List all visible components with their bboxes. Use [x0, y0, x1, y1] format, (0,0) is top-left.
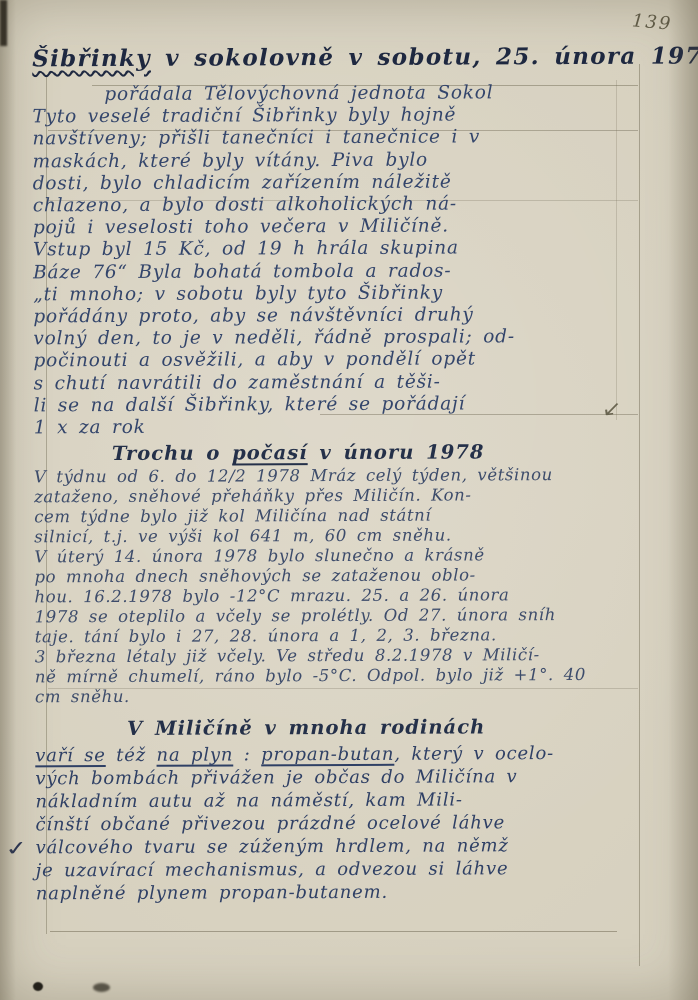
manuscript-line: vaří se též na plyn : propan-butan, kter…	[35, 742, 651, 768]
line-text: cm sněhu.	[35, 687, 130, 706]
manuscript-line: maskách, které byly vítány. Piva bylo	[33, 148, 649, 173]
manuscript-line: pojů i veselosti toho večera v Miličíně.	[33, 215, 649, 240]
line-text: pořádány proto, aby se návštěvníci druhý	[33, 304, 473, 327]
line-text: maskách, které byly vítány. Piva bylo	[33, 149, 428, 172]
line-text: volný den, to je v neděli, řádně prospal…	[33, 326, 515, 349]
line-text: li se na další Šibřinky, které se pořáda…	[34, 393, 466, 416]
manuscript-line: „ti mnoho; v sobotu byly tyto Šibřinky	[33, 281, 649, 306]
line-text: vých bombách přivážen je občas do Miličí…	[35, 766, 517, 789]
manuscript-line: silnicí, t.j. ve výši kol 641 m, 60 cm s…	[34, 525, 650, 548]
heading-text: V Miličíně v mnoha rodinách	[127, 716, 485, 741]
manuscript-line: 1978 se oteplilo a včely se prolétly. Od…	[35, 605, 651, 628]
paper-edge-right	[668, 0, 698, 1000]
manuscript-line: nákladním autu až na náměstí, kam Mili-	[35, 788, 651, 814]
entry-heading: Šibřinky v sokolovně v sobotu, 25. února…	[32, 41, 648, 76]
line-text: V týdnu od 6. do 12/2 1978 Mráz celý týd…	[34, 465, 553, 486]
line-text: nákladním autu až na náměstí, kam Mili-	[35, 790, 462, 813]
manuscript-line: V týdnu od 6. do 12/2 1978 Mráz celý týd…	[34, 465, 650, 488]
line-text: silnicí, t.j. ve výši kol 641 m, 60 cm s…	[34, 526, 452, 547]
manuscript-line: Tyto veselé tradiční Šibřinky byly hojně	[32, 104, 648, 129]
manuscript-line: s chutí navrátili do zaměstnání a těši-	[34, 370, 650, 395]
manuscript-line: dosti, bylo chladicím zařízením náležitě	[33, 170, 649, 195]
manuscript-line: pořádány proto, aby se návštěvníci druhý	[33, 304, 649, 329]
paper-mark-bottom	[93, 983, 110, 992]
manuscript-line: čínští občané přivezou prázdné ocelové l…	[35, 811, 651, 837]
manuscript-line: je uzavírací mechanismus, a odvezou si l…	[36, 857, 652, 883]
line-text: 3 března létaly již včely. Ve středu 8.2…	[35, 645, 540, 666]
margin-arrow-mark: ↙	[600, 397, 624, 422]
line-text: cem týdne bylo již kol Miličína nad stát…	[34, 506, 431, 527]
manuscript-line: cm sněhu.	[35, 685, 651, 708]
manuscript-line: vých bombách přivážen je občas do Miličí…	[35, 765, 651, 791]
line-text: Tyto veselé tradiční Šibřinky byly hojně	[32, 105, 456, 128]
line-text: naplněné plynem propan-butanem.	[36, 882, 388, 905]
entry-heading: Trochu o počasí v únoru 1978	[112, 439, 650, 467]
line-text: „ti mnoho; v sobotu byly tyto Šibřinky	[33, 282, 443, 305]
heading-underlined-word: počasí	[232, 441, 308, 464]
manuscript-line: li se na další Šibřinky, které se pořáda…	[34, 393, 650, 418]
line-text: zataženo, sněhové přeháňky přes Miličín.…	[34, 486, 472, 507]
entry-section-2: V Miličíně v mnoha rodináchvaří se též n…	[35, 714, 652, 906]
line-text: V úterý 14. února 1978 bylo slunečno a k…	[34, 546, 484, 567]
entry-section-1: Trochu o počasí v únoru 1978V týdnu od 6…	[34, 439, 651, 708]
heading-underlined-word: Šibřinky	[32, 45, 151, 73]
line-text: :	[233, 745, 261, 766]
manuscript-line: volný den, to je v neděli, řádně prospal…	[33, 326, 649, 351]
line-text: dosti, bylo chladicím zařízením náležitě	[33, 171, 452, 194]
line-text: navštíveny; přišli tanečníci i tanečnice…	[32, 127, 480, 150]
entry-heading: V Miličíně v mnoha rodinách	[127, 714, 651, 742]
manuscript-line: Báze 76“ Byla bohatá tombola a rados-	[33, 259, 649, 284]
manuscript-line: 1 x za rok	[34, 415, 650, 440]
underlined-phrase: vaří se	[35, 745, 106, 766]
manuscript-line: cem týdne bylo již kol Miličína nad stát…	[34, 505, 650, 528]
manuscript-line: navštíveny; přišli tanečníci i tanečnice…	[32, 126, 648, 151]
manuscript-line: počinouti a osvěžili, a aby v pondělí op…	[33, 348, 649, 373]
manuscript-line: po mnoha dnech sněhových se zataženou ob…	[34, 565, 650, 588]
page-number: 139	[631, 10, 673, 34]
line-text: chlazeno, a bylo dosti alkoholických ná-	[33, 194, 457, 217]
line-text: čínští občané přivezou prázdné ocelové l…	[35, 813, 505, 836]
line-text: pojů i veselosti toho večera v Miličíně.	[33, 216, 449, 239]
paper-smudge-top-left	[0, 0, 7, 46]
entry-section-0: Šibřinky v sokolovně v sobotu, 25. února…	[32, 41, 650, 440]
manuscript-line: ně mírně chumelí, ráno bylo -5°C. Odpol.…	[35, 665, 651, 688]
line-text: pořádala Tělovýchovná jednota Sokol	[104, 82, 493, 105]
line-text: též	[106, 745, 157, 766]
chronicle-page: 139 Šibřinky v sokolovně v sobotu, 25. ú…	[0, 0, 698, 1000]
manuscript-line: taje. tání bylo i 27, 28. února a 1, 2, …	[35, 625, 651, 648]
line-text: 1978 se oteplilo a včely se prolétly. Od…	[35, 605, 556, 626]
manuscript-line: chlazeno, a bylo dosti alkoholických ná-	[33, 193, 649, 218]
underlined-phrase: na plyn	[156, 745, 233, 766]
line-text: ně mírně chumelí, ráno bylo -5°C. Odpol.…	[35, 665, 586, 686]
line-text: 1 x za rok	[34, 417, 146, 438]
heading-text: v sokolovně v sobotu, 25. února 1978	[151, 42, 698, 71]
heading-text: v únoru 1978	[308, 441, 485, 465]
line-text: hou. 16.2.1978 bylo -12°C mrazu. 25. a 2…	[34, 586, 509, 607]
manuscript-line: Vstup byl 15 Kč, od 19 h hrála skupina	[33, 237, 649, 262]
line-text: taje. tání bylo i 27, 28. února a 1, 2, …	[35, 626, 497, 647]
manuscript-line: pořádala Tělovýchovná jednota Sokol	[104, 82, 648, 107]
manuscript-line: válcového tvaru se zúženým hrdlem, na ně…	[36, 834, 652, 860]
manuscript-line: 3 března létaly již včely. Ve středu 8.2…	[35, 645, 651, 668]
bottom-frame-rule	[50, 931, 617, 932]
manuscript-line: zataženo, sněhové přeháňky přes Miličín.…	[34, 485, 650, 508]
margin-checkmark: ✓	[3, 835, 29, 861]
manuscript-line: V úterý 14. února 1978 bylo slunečno a k…	[34, 545, 650, 568]
line-text: Vstup byl 15 Kč, od 19 h hrála skupina	[33, 238, 459, 261]
manuscript-line: naplněné plynem propan-butanem.	[36, 880, 652, 906]
underlined-phrase: propan-butan	[261, 744, 394, 766]
line-text: je uzavírací mechanismus, a odvezou si l…	[36, 859, 509, 882]
line-text: válcového tvaru se zúženým hrdlem, na ně…	[36, 836, 509, 859]
manuscript-line: hou. 16.2.1978 bylo -12°C mrazu. 25. a 2…	[34, 585, 650, 608]
line-text: počinouti a osvěžili, a aby v pondělí op…	[33, 349, 476, 372]
ink-dot-bottom-left	[33, 982, 43, 991]
line-text: Báze 76“ Byla bohatá tombola a rados-	[33, 260, 451, 283]
heading-text: Trochu o	[112, 442, 232, 466]
line-text: s chutí navrátili do zaměstnání a těši-	[34, 371, 441, 394]
line-text: po mnoha dnech sněhových se zataženou ob…	[34, 566, 475, 587]
line-text: , který v ocelo-	[394, 743, 554, 765]
manuscript-body: Šibřinky v sokolovně v sobotu, 25. února…	[32, 41, 652, 906]
